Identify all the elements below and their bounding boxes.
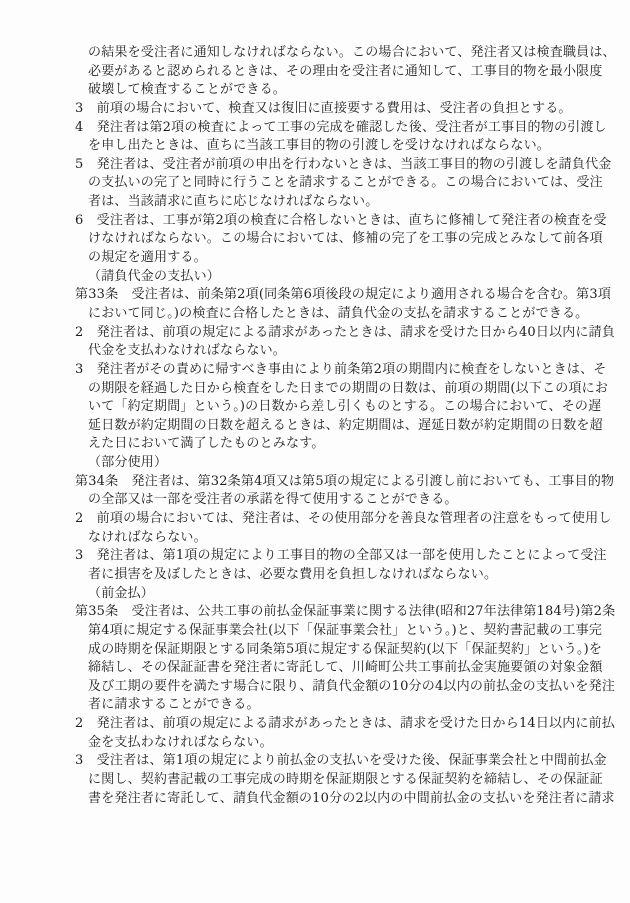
text-line: 書を発注者に寄託して、請負代金額の10分の2以内の中間前払金の支払いを発注者に請… [75, 790, 565, 809]
text-line: えた日において満了したものとみなす。 [75, 435, 565, 454]
text-line: 3 前項の場合において、検査又は復旧に直接要する費用は、受注者の負担とする。 [75, 100, 565, 119]
text-line: を申し出たときは、直ちに当該工事目的物の引渡しを受けなければならない。 [75, 137, 565, 156]
text-line: 者は、当該請求に直ちに応じなければならない。 [75, 193, 565, 212]
text-line: 第4項に規定する保証事業会社(以下「保証事業会社」という。)と、契約書記載の工事… [75, 622, 565, 641]
text-line: 破壊して検査することができる。 [75, 81, 565, 100]
text-line: （請負代金の支払い） [75, 268, 565, 287]
text-line: 第34条 発注者は、第32条第4項又は第5項の規定による引渡し前においても、工事… [75, 473, 565, 492]
text-line: 6 受注者は、工事が第2項の検査に合格しないときは、直ちに修補して発注者の検査を… [75, 212, 565, 231]
text-line: 3 発注者がその責めに帰すべき事由により前条第2項の期間内に検査をしないときは、… [75, 361, 565, 380]
text-line: 第33条 受注者は、前条第2項(同条第6項後段の規定により適用される場合を含む。… [75, 286, 565, 305]
text-line: けなければならない。この場合においては、修補の完了を工事の完成とみなして前各項 [75, 230, 565, 249]
text-line: 3 発注者は、第1項の規定により工事目的物の全部又は一部を使用したことによって受… [75, 547, 565, 566]
text-line: 2 発注者は、前項の規定による請求があったときは、請求を受けた日から40日以内に… [75, 324, 565, 343]
text-line: の期限を経過した日から検査をした日までの期間の日数は、前項の期間(以下この項にお [75, 380, 565, 399]
text-line: の規定を適用する。 [75, 249, 565, 268]
text-line: 代金を支払わなければならない。 [75, 342, 565, 361]
text-line: の結果を受注者に通知しなければならない。この場合において、発注者又は検査職員は、 [75, 44, 565, 63]
text-line: に関し、契約書記載の工事完成の時期を保証期限とする保証契約を締結し、その保証証 [75, 771, 565, 790]
text-line: 延日数が約定期間の日数を超えるときは、約定期間は、遅延日数が約定期間の日数を超 [75, 417, 565, 436]
text-line: 必要があると認められるときは、その理由を受注者に通知して、工事目的物を最小限度 [75, 63, 565, 82]
text-line: 4 発注者は第2項の検査によって工事の完成を確認した後、受注者が工事目的物の引渡… [75, 119, 565, 138]
text-line: （前金払） [75, 585, 565, 604]
text-line: の全部又は一部を受注者の承諾を得て使用することができる。 [75, 491, 565, 510]
text-block: の結果を受注者に通知しなければならない。この場合において、発注者又は検査職員は、… [75, 44, 565, 808]
text-line: なければならない。 [75, 529, 565, 548]
text-line: 及び工期の要件を満たす場合に限り、請負代金額の10分の4以内の前払金の支払いを発… [75, 678, 565, 697]
text-line: 金を支払わなければならない。 [75, 734, 565, 753]
text-line: の支払いの完了と同時に行うことを請求することができる。この場合においては、受注 [75, 174, 565, 193]
text-line: 成の時期を保証期限とする同条第5項に規定する保証契約(以下「保証契約」という。)… [75, 641, 565, 660]
text-line: いて「約定期間」という。)の日数から差し引くものとする。この場合において、その遅 [75, 398, 565, 417]
text-line: において同じ。)の検査に合格したときは、請負代金の支払を請求することができる。 [75, 305, 565, 324]
text-line: 2 発注者は、前項の規定による請求があったときは、請求を受けた日から14日以内に… [75, 715, 565, 734]
document-page: の結果を受注者に通知しなければならない。この場合において、発注者又は検査職員は、… [0, 0, 630, 903]
text-line: 締結し、その保証証書を発注者に寄託して、川崎町公共工事前払金実施要領の対象金額 [75, 659, 565, 678]
text-line: 第35条 受注者は、公共工事の前払金保証事業に関する法律(昭和27年法律第184… [75, 603, 565, 622]
text-line: 者に損害を及ぼしたときは、必要な費用を負担しなければならない。 [75, 566, 565, 585]
text-line: 3 受注者は、第1項の規定により前払金の支払いを受けた後、保証事業会社と中間前払… [75, 752, 565, 771]
text-line: 者に請求することができる。 [75, 696, 565, 715]
text-line: 5 発注者は、受注者が前項の申出を行わないときは、当該工事目的物の引渡しを請負代… [75, 156, 565, 175]
text-line: 2 前項の場合においては、発注者は、その使用部分を善良な管理者の注意をもって使用… [75, 510, 565, 529]
text-line: （部分使用） [75, 454, 565, 473]
